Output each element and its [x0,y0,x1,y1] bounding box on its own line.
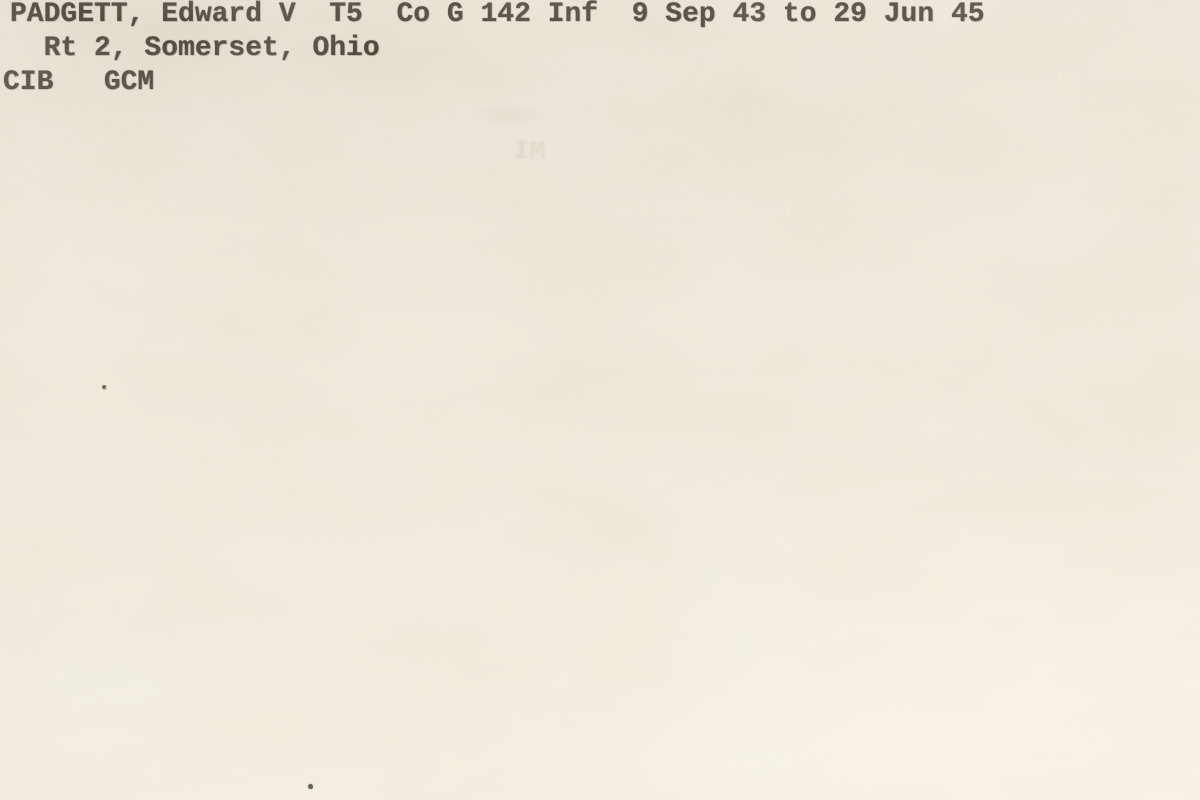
bleed-through-mark: MI [514,136,545,166]
card-line-awards: CIB GCM [3,66,985,100]
index-card-paper: MI PADGETT, Edward V T5 Co G 142 Inf 9 S… [0,0,1200,800]
typed-text-block: PADGETT, Edward V T5 Co G 142 Inf 9 Sep … [10,0,985,100]
card-line-address: Rt 2, Somerset, Ohio [10,32,985,66]
paper-mottle-texture [0,0,1200,800]
paper-speck [102,385,106,389]
card-line-name-rank-unit-dates: PADGETT, Edward V T5 Co G 142 Inf 9 Sep … [10,0,985,32]
paper-grain-texture [0,0,1200,800]
bleed-through-smudge [468,104,548,126]
paper-speck [308,784,313,789]
